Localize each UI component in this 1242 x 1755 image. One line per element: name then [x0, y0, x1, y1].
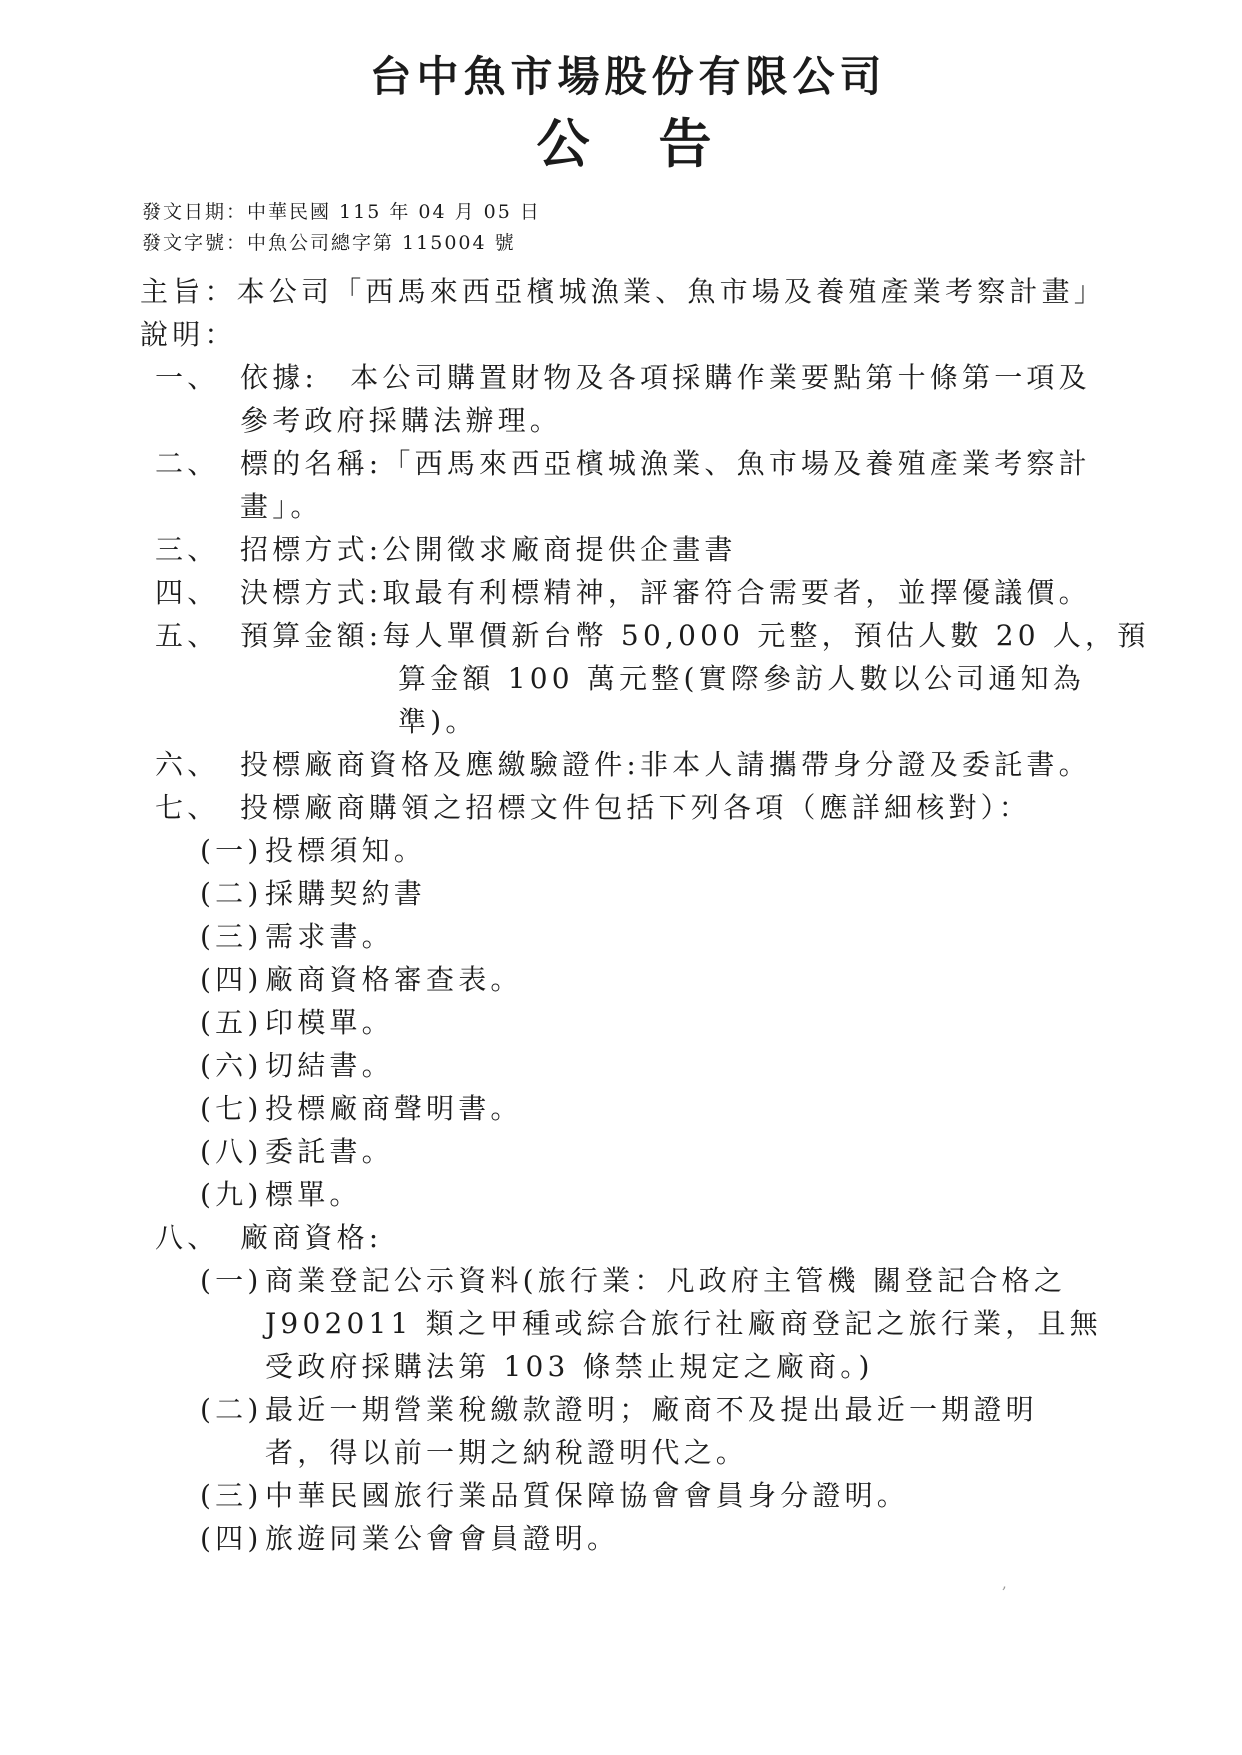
- subitem-text: J902011 類之甲種或綜合旅行社廠商登記之旅行業，且無: [265, 1307, 1102, 1340]
- issue-date-value: 中華民國 115 年 04 月 05 日: [247, 201, 541, 223]
- subitem-marker: (一): [200, 829, 262, 872]
- section-item: 一、依據: 本公司購置財物及各項採購作業要點第十條第一項及參考政府採購法辦理。: [140, 356, 1125, 442]
- subitem-marker: (八): [200, 1130, 262, 1173]
- item-text: 預算金額:每人單價新台幣 50,000 元整，預估人數 20 人，預: [240, 619, 1149, 652]
- subitem-line: (七)投標廠商聲明書。: [140, 1087, 1125, 1130]
- subitem-text: 廠商資格審查表。: [265, 963, 523, 996]
- subitem-text: 切結書。: [265, 1049, 394, 1082]
- subitem-marker: (六): [200, 1044, 262, 1087]
- subitem-text: 標單。: [265, 1178, 362, 1211]
- subitem-text: 商業登記公示資料(旅行業：凡政府主管機 關登記合格之: [265, 1264, 1066, 1297]
- subitem-text: 採購契約書: [265, 877, 426, 910]
- document-header: 台中魚市場股份有限公司 公 告: [138, 0, 1118, 173]
- subitem-marker: (二): [200, 1388, 262, 1431]
- item-text: 依據: 本公司購置財物及各項採購作業要點第十條第一項及: [240, 361, 1091, 394]
- subitem-text: 投標廠商聲明書。: [265, 1092, 523, 1125]
- subitem-line: (一)商業登記公示資料(旅行業：凡政府主管機 關登記合格之: [140, 1259, 1125, 1302]
- subitem-text: 需求書。: [265, 920, 394, 953]
- item-line: 三、招標方式:公開徵求廠商提供企畫書: [140, 528, 1125, 571]
- section-item: 八、廠商資格:(一)商業登記公示資料(旅行業：凡政府主管機 關登記合格之J902…: [140, 1216, 1125, 1560]
- subitem-text: 投標須知。: [265, 834, 426, 867]
- subitem-text: 委託書。: [265, 1135, 394, 1168]
- item-text: 標的名稱:「西馬來西亞檳城漁業、魚市場及養殖產業考察計: [240, 447, 1091, 480]
- section-item: 三、招標方式:公開徵求廠商提供企畫書: [140, 528, 1125, 571]
- subitem-marker: (四): [200, 958, 262, 1001]
- doc-number-value: 中魚公司總字第 115004 號: [247, 232, 516, 254]
- item-line: 二、標的名稱:「西馬來西亞檳城漁業、魚市場及養殖產業考察計: [140, 442, 1125, 485]
- document-body: 主旨：本公司「西馬來西亞檳城漁業、魚市場及養殖產業考察計畫」 說明： 一、依據:…: [140, 270, 1125, 1560]
- item-text: 投標廠商資格及應繳驗證件:非本人請攜帶身分證及委託書。: [240, 748, 1091, 781]
- subitem-marker: (三): [200, 1474, 262, 1517]
- subitem-line: (六)切結書。: [140, 1044, 1125, 1087]
- subitem-marker: (三): [200, 915, 262, 958]
- subitem-text: 印模單。: [265, 1006, 394, 1039]
- subitem-line: (三)中華民國旅行業品質保障協會會員身分證明。: [140, 1474, 1125, 1517]
- section-item: 四、決標方式:取最有利標精神，評審符合需要者，並擇優議價。: [140, 571, 1125, 614]
- item-number: 四、: [155, 571, 219, 614]
- issue-date-label: 發文日期：: [142, 201, 247, 223]
- subitem-text: 中華民國旅行業品質保障協會會員身分證明。: [265, 1479, 909, 1512]
- subitem-text: 最近一期營業稅繳款證明；廠商不及提出最近一期證明: [265, 1393, 1038, 1426]
- subitem-line: J902011 類之甲種或綜合旅行社廠商登記之旅行業，且無: [140, 1302, 1125, 1345]
- subitem-marker: (二): [200, 872, 262, 915]
- subitem-line: (九)標單。: [140, 1173, 1125, 1216]
- item-text: 參考政府採購法辦理。: [240, 404, 562, 437]
- subitem-marker: (七): [200, 1087, 262, 1130]
- subitem-line: (四)廠商資格審查表。: [140, 958, 1125, 1001]
- item-text: 畫」。: [240, 490, 323, 523]
- item-text: 投標廠商購領之招標文件包括下列各項（應詳細核對）：: [240, 791, 1031, 824]
- item-number: 七、: [155, 786, 219, 829]
- subitem-marker: (四): [200, 1517, 262, 1560]
- subitem-line: (二)採購契約書: [140, 872, 1125, 915]
- subitem-marker: (九): [200, 1173, 262, 1216]
- item-deep-line: 準)。: [140, 700, 1125, 743]
- item-line: 一、依據: 本公司購置財物及各項採購作業要點第十條第一項及: [140, 356, 1125, 399]
- section-item: 二、標的名稱:「西馬來西亞檳城漁業、魚市場及養殖產業考察計畫」。: [140, 442, 1125, 528]
- subitem-line: (四)旅遊同業公會會員證明。: [140, 1517, 1125, 1560]
- item-number: 五、: [155, 614, 219, 657]
- notice-title: 公 告: [138, 115, 1118, 173]
- item-number: 二、: [155, 442, 219, 485]
- doc-number-label: 發文字號：: [142, 232, 247, 254]
- subitem-marker: (一): [200, 1259, 262, 1302]
- item-line: 八、廠商資格:: [140, 1216, 1125, 1259]
- item-deep-line: 算金額 100 萬元整(實際參訪人數以公司通知為: [140, 657, 1125, 700]
- item-number: 三、: [155, 528, 219, 571]
- sections-host: 一、依據: 本公司購置財物及各項採購作業要點第十條第一項及參考政府採購法辦理。二…: [140, 356, 1125, 1560]
- item-text: 招標方式:公開徵求廠商提供企畫書: [240, 533, 737, 566]
- item-number: 一、: [155, 356, 219, 399]
- item-text: 決標方式:取最有利標精神，評審符合需要者，並擇優議價。: [240, 576, 1091, 609]
- item-number: 六、: [155, 743, 219, 786]
- company-title: 台中魚市場股份有限公司: [138, 50, 1118, 105]
- subitem-line: 受政府採購法第 103 條禁止規定之廠商。): [140, 1345, 1125, 1388]
- subitem-text: 旅遊同業公會會員證明。: [265, 1522, 619, 1555]
- announcement-document: 台中魚市場股份有限公司 公 告 發文日期：中華民國 115 年 04 月 05 …: [0, 0, 1242, 1755]
- subitem-text: 者，得以前一期之納稅證明代之。: [265, 1436, 748, 1469]
- item-line: 四、決標方式:取最有利標精神，評審符合需要者，並擇優議價。: [140, 571, 1125, 614]
- document-meta: 發文日期：中華民國 115 年 04 月 05 日 發文字號：中魚公司總字第 1…: [142, 197, 1242, 259]
- subitem-line: (二)最近一期營業稅繳款證明；廠商不及提出最近一期證明: [140, 1388, 1125, 1431]
- subitem-line: (五)印模單。: [140, 1001, 1125, 1044]
- scan-artifact-mark: ,: [1002, 1574, 1007, 1592]
- subitem-line: (一)投標須知。: [140, 829, 1125, 872]
- subject-label: 主旨：: [140, 275, 237, 308]
- item-line: 參考政府採購法辦理。: [140, 399, 1125, 442]
- item-line: 七、投標廠商購領之招標文件包括下列各項（應詳細核對）：: [140, 786, 1125, 829]
- section-item: 六、投標廠商資格及應繳驗證件:非本人請攜帶身分證及委託書。: [140, 743, 1125, 786]
- subject-line: 主旨：本公司「西馬來西亞檳城漁業、魚市場及養殖產業考察計畫」: [140, 270, 1125, 313]
- section-item: 五、預算金額:每人單價新台幣 50,000 元整，預估人數 20 人，預算金額 …: [140, 614, 1125, 743]
- subitem-line: (八)委託書。: [140, 1130, 1125, 1173]
- subitem-marker: (五): [200, 1001, 262, 1044]
- doc-number-line: 發文字號：中魚公司總字第 115004 號: [142, 228, 1242, 259]
- item-line: 六、投標廠商資格及應繳驗證件:非本人請攜帶身分證及委託書。: [140, 743, 1125, 786]
- subitem-text: 受政府採購法第 103 條禁止規定之廠商。): [265, 1350, 874, 1383]
- subitem-line: (三)需求書。: [140, 915, 1125, 958]
- item-line: 畫」。: [140, 485, 1125, 528]
- section-item: 七、投標廠商購領之招標文件包括下列各項（應詳細核對）：(一)投標須知。(二)採購…: [140, 786, 1125, 1216]
- explanation-label: 說明：: [140, 313, 1125, 356]
- item-text: 廠商資格:: [240, 1221, 382, 1254]
- issue-date-line: 發文日期：中華民國 115 年 04 月 05 日: [142, 197, 1242, 228]
- subitem-line: 者，得以前一期之納稅證明代之。: [140, 1431, 1125, 1474]
- subject-text: 本公司「西馬來西亞檳城漁業、魚市場及養殖產業考察計畫」: [237, 275, 1106, 308]
- item-number: 八、: [155, 1216, 219, 1259]
- item-line: 五、預算金額:每人單價新台幣 50,000 元整，預估人數 20 人，預: [140, 614, 1125, 657]
